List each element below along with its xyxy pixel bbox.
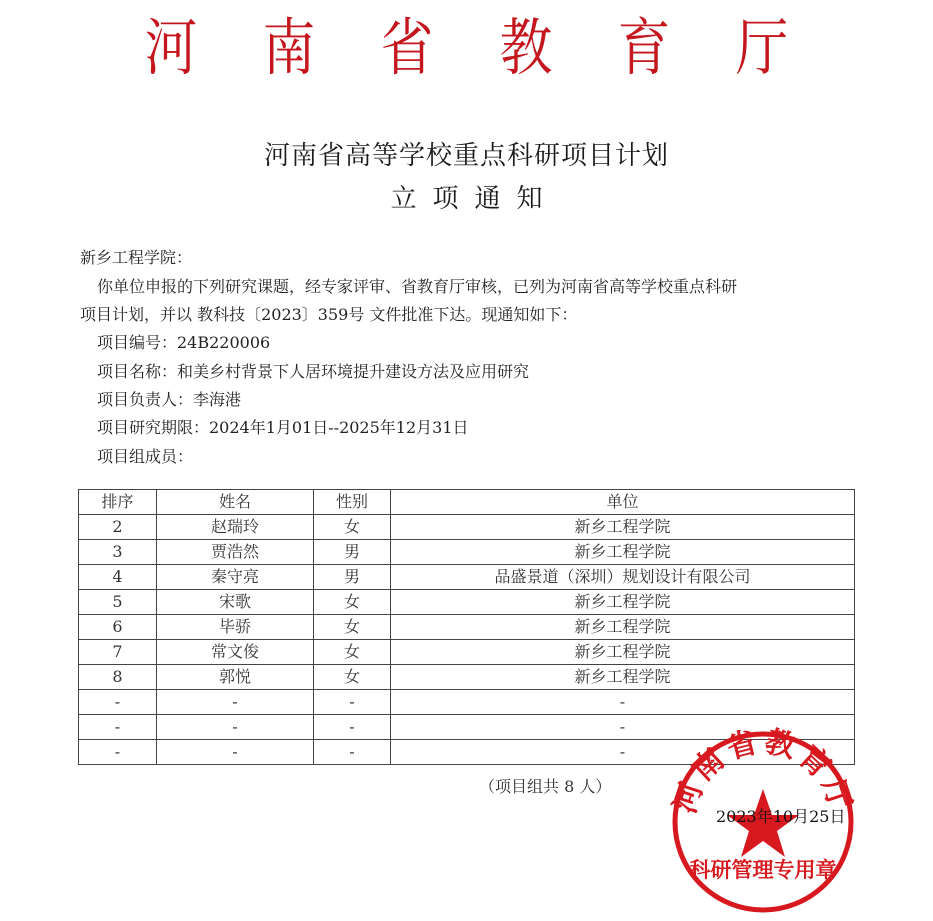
- project-name: 项目名称：和美乡村背景下人居环境提升建设方法及应用研究: [97, 362, 529, 382]
- cell-unit: 新乡工程学院: [391, 615, 855, 640]
- cell-rank: 4: [79, 565, 157, 590]
- masthead-char: 厅: [735, 12, 788, 84]
- table-row: 2赵瑞玲女新乡工程学院: [79, 515, 855, 540]
- table-row: 7常文俊女新乡工程学院: [79, 640, 855, 665]
- cell-unit: 新乡工程学院: [391, 590, 855, 615]
- cell-rank: -: [79, 715, 157, 740]
- table-row: 8郭悦女新乡工程学院: [79, 665, 855, 690]
- cell-rank: 8: [79, 665, 157, 690]
- issue-date: 2023年10月25日: [716, 807, 845, 827]
- document-title: 河南省高等学校重点科研项目计划: [0, 140, 933, 172]
- cell-name: -: [157, 715, 314, 740]
- cell-gender: 女: [314, 665, 391, 690]
- cell-name: 赵瑞玲: [157, 515, 314, 540]
- table-row: 4秦守亮男品盛景道（深圳）规划设计有限公司: [79, 565, 855, 590]
- notice-body-line2: 项目计划，并以 教科技〔2023〕359号 文件批准下达。现通知如下：: [80, 305, 577, 325]
- cell-unit: 新乡工程学院: [391, 515, 855, 540]
- cell-gender: -: [314, 690, 391, 715]
- masthead-char: 教: [499, 12, 552, 84]
- cell-gender: 女: [314, 515, 391, 540]
- cell-gender: 女: [314, 590, 391, 615]
- cell-name: 郭悦: [157, 665, 314, 690]
- masthead: 河南省教育厅: [0, 12, 933, 84]
- cell-rank: -: [79, 690, 157, 715]
- seal-bottom-text: 科研管理专用章: [690, 858, 837, 882]
- cell-rank: 3: [79, 540, 157, 565]
- cell-unit: 新乡工程学院: [391, 665, 855, 690]
- cell-unit: 新乡工程学院: [391, 540, 855, 565]
- cell-gender: 男: [314, 565, 391, 590]
- cell-rank: -: [79, 740, 157, 765]
- masthead-char: 河: [145, 12, 198, 84]
- cell-name: -: [157, 690, 314, 715]
- cell-rank: 5: [79, 590, 157, 615]
- header-name: 姓名: [157, 490, 314, 515]
- project-members-label: 项目组成员：: [97, 447, 193, 467]
- cell-unit: 新乡工程学院: [391, 640, 855, 665]
- cell-rank: 2: [79, 515, 157, 540]
- member-total: （项目组共 8 人）: [479, 777, 611, 797]
- table-row: ----: [79, 690, 855, 715]
- notice-body-line1: 你单位申报的下列研究课题，经专家评审、省教育厅审核，已列为河南省高等学校重点科研: [97, 277, 737, 297]
- masthead-char: 南: [263, 12, 316, 84]
- masthead-char: 省: [381, 12, 434, 84]
- document-subtitle: 立项通知: [0, 183, 933, 215]
- addressee: 新乡工程学院：: [80, 248, 192, 268]
- table-header-row: 排序 姓名 性别 单位: [79, 490, 855, 515]
- project-leader: 项目负责人：李海港: [97, 390, 241, 410]
- cell-name: 常文俊: [157, 640, 314, 665]
- cell-name: -: [157, 740, 314, 765]
- cell-gender: 男: [314, 540, 391, 565]
- cell-gender: -: [314, 740, 391, 765]
- header-unit: 单位: [391, 490, 855, 515]
- cell-unit: -: [391, 690, 855, 715]
- cell-gender: 女: [314, 615, 391, 640]
- cell-name: 贾浩然: [157, 540, 314, 565]
- cell-unit: 品盛景道（深圳）规划设计有限公司: [391, 565, 855, 590]
- header-rank: 排序: [79, 490, 157, 515]
- table-row: 6毕骄女新乡工程学院: [79, 615, 855, 640]
- masthead-char: 育: [617, 12, 670, 84]
- project-period: 项目研究期限：2024年1月01日--2025年12月31日: [97, 418, 469, 438]
- table-row: 3贾浩然男新乡工程学院: [79, 540, 855, 565]
- header-gender: 性别: [314, 490, 391, 515]
- cell-gender: 女: [314, 640, 391, 665]
- cell-rank: 7: [79, 640, 157, 665]
- members-table: 排序 姓名 性别 单位 2赵瑞玲女新乡工程学院 3贾浩然男新乡工程学院 4秦守亮…: [78, 489, 855, 765]
- cell-name: 宋歌: [157, 590, 314, 615]
- cell-gender: -: [314, 715, 391, 740]
- project-number: 项目编号：24B220006: [97, 333, 270, 353]
- table-row: 5宋歌女新乡工程学院: [79, 590, 855, 615]
- cell-name: 毕骄: [157, 615, 314, 640]
- cell-rank: 6: [79, 615, 157, 640]
- cell-name: 秦守亮: [157, 565, 314, 590]
